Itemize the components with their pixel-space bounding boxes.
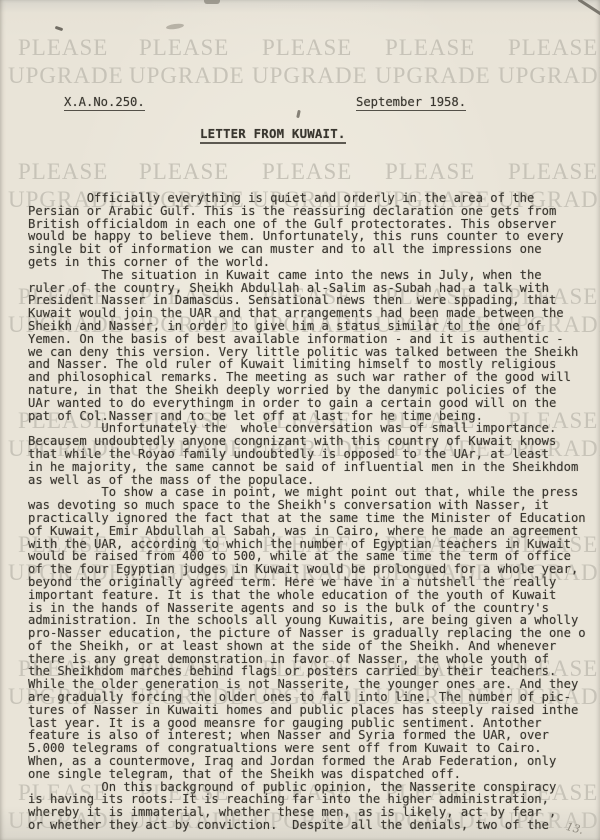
scanned-letter-page: PLEASEUPGRADEPLEASEUPGRADEPLEASEUPGRADEP… <box>0 0 600 840</box>
document-title: LETTER FROM KUWAIT. <box>200 126 346 144</box>
document-reference: X.A.No.250. <box>64 95 145 111</box>
document-date: September 1958. <box>356 95 466 111</box>
letter-content: X.A.No.250. September 1958. LETTER FROM … <box>0 0 600 840</box>
letter-body: Officially everything is quiet and order… <box>28 192 598 838</box>
